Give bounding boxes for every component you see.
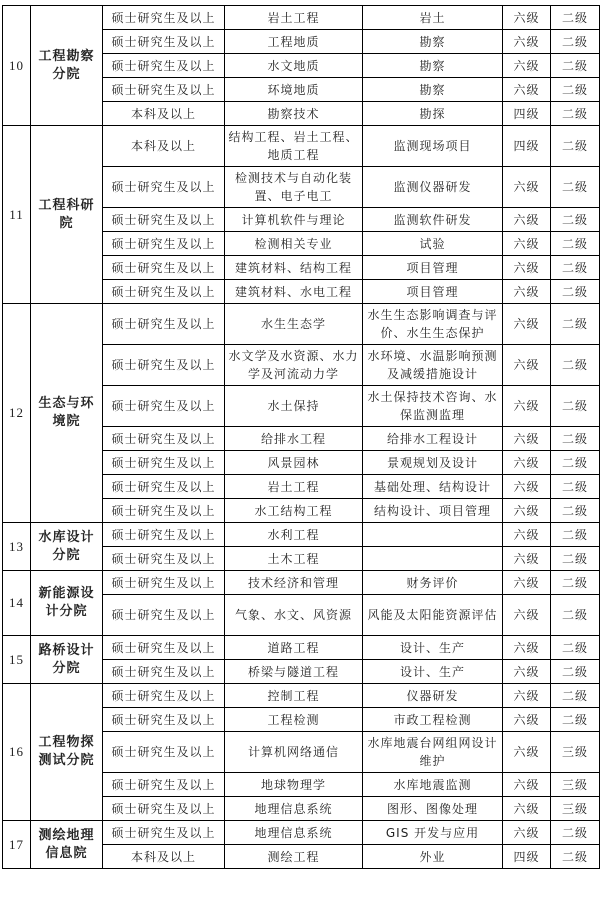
- english-level-cell: 六级: [503, 636, 551, 660]
- computer-level-cell: 二级: [551, 684, 600, 708]
- table-row: 14新能源设计分院硕士研究生及以上技术经济和管理财务评价六级二级: [3, 571, 600, 595]
- major-cell: 计算机网络通信: [225, 732, 363, 773]
- major-cell: 气象、水文、风资源: [225, 595, 363, 636]
- computer-level-cell: 二级: [551, 30, 600, 54]
- position-cell: 项目管理: [363, 256, 503, 280]
- group-number-cell: 10: [3, 6, 31, 126]
- education-cell: 硕士研究生及以上: [103, 54, 225, 78]
- english-level-cell: 六级: [503, 386, 551, 427]
- education-cell: 硕士研究生及以上: [103, 208, 225, 232]
- english-level-cell: 六级: [503, 304, 551, 345]
- major-cell: 地理信息系统: [225, 821, 363, 845]
- english-level-cell: 六级: [503, 571, 551, 595]
- group-number-cell: 11: [3, 126, 31, 304]
- education-cell: 硕士研究生及以上: [103, 684, 225, 708]
- education-cell: 硕士研究生及以上: [103, 30, 225, 54]
- education-cell: 硕士研究生及以上: [103, 232, 225, 256]
- department-cell: 路桥设计分院: [31, 636, 103, 684]
- position-cell: 图形、图像处理: [363, 797, 503, 821]
- education-cell: 硕士研究生及以上: [103, 773, 225, 797]
- english-level-cell: 六级: [503, 523, 551, 547]
- computer-level-cell: 二级: [551, 523, 600, 547]
- computer-level-cell: 二级: [551, 54, 600, 78]
- english-level-cell: 六级: [503, 773, 551, 797]
- education-cell: 硕士研究生及以上: [103, 636, 225, 660]
- computer-level-cell: 二级: [551, 708, 600, 732]
- position-cell: 设计、生产: [363, 636, 503, 660]
- computer-level-cell: 二级: [551, 571, 600, 595]
- position-cell: 水库地震监测: [363, 773, 503, 797]
- table-body: 10工程勘察分院硕士研究生及以上岩土工程岩土六级二级硕士研究生及以上工程地质勘察…: [3, 6, 600, 869]
- group-number-cell: 14: [3, 571, 31, 636]
- computer-level-cell: 二级: [551, 660, 600, 684]
- computer-level-cell: 二级: [551, 102, 600, 126]
- computer-level-cell: 二级: [551, 499, 600, 523]
- english-level-cell: 六级: [503, 595, 551, 636]
- table-row: 16工程物探测试分院硕士研究生及以上控制工程仪器研发六级二级: [3, 684, 600, 708]
- position-cell: [363, 523, 503, 547]
- english-level-cell: 六级: [503, 708, 551, 732]
- position-cell: 监测软件研发: [363, 208, 503, 232]
- group-number-cell: 12: [3, 304, 31, 523]
- major-cell: 水生生态学: [225, 304, 363, 345]
- table-row: 13水库设计分院硕士研究生及以上水利工程六级二级: [3, 523, 600, 547]
- major-cell: 检测相关专业: [225, 232, 363, 256]
- department-cell: 生态与环境院: [31, 304, 103, 523]
- education-cell: 硕士研究生及以上: [103, 167, 225, 208]
- major-cell: 水土保持: [225, 386, 363, 427]
- major-cell: 控制工程: [225, 684, 363, 708]
- education-cell: 硕士研究生及以上: [103, 345, 225, 386]
- education-cell: 本科及以上: [103, 102, 225, 126]
- education-cell: 硕士研究生及以上: [103, 732, 225, 773]
- major-cell: 岩土工程: [225, 475, 363, 499]
- english-level-cell: 四级: [503, 102, 551, 126]
- education-cell: 本科及以上: [103, 845, 225, 869]
- computer-level-cell: 二级: [551, 636, 600, 660]
- position-cell: [363, 547, 503, 571]
- english-level-cell: 六级: [503, 6, 551, 30]
- english-level-cell: 四级: [503, 126, 551, 167]
- computer-level-cell: 二级: [551, 595, 600, 636]
- position-cell: 给排水工程设计: [363, 427, 503, 451]
- position-cell: 勘察: [363, 54, 503, 78]
- computer-level-cell: 二级: [551, 547, 600, 571]
- department-cell: 工程科研院: [31, 126, 103, 304]
- position-cell: 基础处理、结构设计: [363, 475, 503, 499]
- position-cell: 景观规划及设计: [363, 451, 503, 475]
- department-cell: 测绘地理信息院: [31, 821, 103, 869]
- english-level-cell: 六级: [503, 475, 551, 499]
- english-level-cell: 六级: [503, 660, 551, 684]
- major-cell: 测绘工程: [225, 845, 363, 869]
- education-cell: 硕士研究生及以上: [103, 708, 225, 732]
- computer-level-cell: 二级: [551, 345, 600, 386]
- education-cell: 硕士研究生及以上: [103, 499, 225, 523]
- position-cell: 市政工程检测: [363, 708, 503, 732]
- education-cell: 硕士研究生及以上: [103, 304, 225, 345]
- english-level-cell: 四级: [503, 845, 551, 869]
- computer-level-cell: 二级: [551, 232, 600, 256]
- position-cell: 财务评价: [363, 571, 503, 595]
- english-level-cell: 六级: [503, 451, 551, 475]
- english-level-cell: 六级: [503, 797, 551, 821]
- english-level-cell: 六级: [503, 30, 551, 54]
- computer-level-cell: 二级: [551, 126, 600, 167]
- major-cell: 技术经济和管理: [225, 571, 363, 595]
- education-cell: 硕士研究生及以上: [103, 451, 225, 475]
- major-cell: 土木工程: [225, 547, 363, 571]
- group-number-cell: 16: [3, 684, 31, 821]
- computer-level-cell: 二级: [551, 256, 600, 280]
- group-number-cell: 17: [3, 821, 31, 869]
- position-cell: 试验: [363, 232, 503, 256]
- education-cell: 硕士研究生及以上: [103, 427, 225, 451]
- english-level-cell: 六级: [503, 427, 551, 451]
- department-cell: 工程勘察分院: [31, 6, 103, 126]
- major-cell: 水利工程: [225, 523, 363, 547]
- recruitment-table: 10工程勘察分院硕士研究生及以上岩土工程岩土六级二级硕士研究生及以上工程地质勘察…: [2, 5, 600, 869]
- english-level-cell: 六级: [503, 232, 551, 256]
- major-cell: 岩土工程: [225, 6, 363, 30]
- position-cell: 仪器研发: [363, 684, 503, 708]
- computer-level-cell: 三级: [551, 732, 600, 773]
- english-level-cell: 六级: [503, 78, 551, 102]
- major-cell: 环境地质: [225, 78, 363, 102]
- position-cell: 勘探: [363, 102, 503, 126]
- major-cell: 给排水工程: [225, 427, 363, 451]
- education-cell: 硕士研究生及以上: [103, 386, 225, 427]
- computer-level-cell: 二级: [551, 304, 600, 345]
- position-cell: 项目管理: [363, 280, 503, 304]
- education-cell: 硕士研究生及以上: [103, 6, 225, 30]
- major-cell: 地球物理学: [225, 773, 363, 797]
- major-cell: 计算机软件与理论: [225, 208, 363, 232]
- department-cell: 水库设计分院: [31, 523, 103, 571]
- table-row: 11工程科研院本科及以上结构工程、岩土工程、地质工程监测现场项目四级二级: [3, 126, 600, 167]
- computer-level-cell: 二级: [551, 427, 600, 451]
- major-cell: 地理信息系统: [225, 797, 363, 821]
- major-cell: 勘察技术: [225, 102, 363, 126]
- english-level-cell: 六级: [503, 821, 551, 845]
- table-row: 12生态与环境院硕士研究生及以上水生生态学水生生态影响调查与评价、水生生态保护六…: [3, 304, 600, 345]
- english-level-cell: 六级: [503, 208, 551, 232]
- education-cell: 硕士研究生及以上: [103, 78, 225, 102]
- position-cell: 水土保持技术咨询、水保监测监理: [363, 386, 503, 427]
- english-level-cell: 六级: [503, 345, 551, 386]
- education-cell: 本科及以上: [103, 126, 225, 167]
- computer-level-cell: 三级: [551, 773, 600, 797]
- education-cell: 硕士研究生及以上: [103, 256, 225, 280]
- table-row: 10工程勘察分院硕士研究生及以上岩土工程岩土六级二级: [3, 6, 600, 30]
- major-cell: 工程检测: [225, 708, 363, 732]
- major-cell: 检测技术与自动化装置、电子电工: [225, 167, 363, 208]
- computer-level-cell: 二级: [551, 208, 600, 232]
- education-cell: 硕士研究生及以上: [103, 523, 225, 547]
- position-cell: 勘察: [363, 30, 503, 54]
- education-cell: 硕士研究生及以上: [103, 797, 225, 821]
- major-cell: 水工结构工程: [225, 499, 363, 523]
- computer-level-cell: 二级: [551, 451, 600, 475]
- position-cell: 水生生态影响调查与评价、水生生态保护: [363, 304, 503, 345]
- education-cell: 硕士研究生及以上: [103, 475, 225, 499]
- major-cell: 建筑材料、结构工程: [225, 256, 363, 280]
- computer-level-cell: 二级: [551, 6, 600, 30]
- position-cell: 水库地震台网组网设计维护: [363, 732, 503, 773]
- position-cell: 风能及太阳能资源评估: [363, 595, 503, 636]
- major-cell: 工程地质: [225, 30, 363, 54]
- department-cell: 新能源设计分院: [31, 571, 103, 636]
- english-level-cell: 六级: [503, 280, 551, 304]
- english-level-cell: 六级: [503, 256, 551, 280]
- table-row: 17测绘地理信息院硕士研究生及以上地理信息系统GIS 开发与应用六级二级: [3, 821, 600, 845]
- major-cell: 建筑材料、水电工程: [225, 280, 363, 304]
- group-number-cell: 13: [3, 523, 31, 571]
- computer-level-cell: 三级: [551, 797, 600, 821]
- position-cell: 监测仪器研发: [363, 167, 503, 208]
- position-cell: 结构设计、项目管理: [363, 499, 503, 523]
- department-cell: 工程物探测试分院: [31, 684, 103, 821]
- major-cell: 水文地质: [225, 54, 363, 78]
- education-cell: 硕士研究生及以上: [103, 547, 225, 571]
- computer-level-cell: 二级: [551, 78, 600, 102]
- position-cell: 外业: [363, 845, 503, 869]
- education-cell: 硕士研究生及以上: [103, 571, 225, 595]
- major-cell: 道路工程: [225, 636, 363, 660]
- group-number-cell: 15: [3, 636, 31, 684]
- position-cell: 岩土: [363, 6, 503, 30]
- computer-level-cell: 二级: [551, 167, 600, 208]
- position-cell: GIS 开发与应用: [363, 821, 503, 845]
- major-cell: 桥梁与隧道工程: [225, 660, 363, 684]
- computer-level-cell: 二级: [551, 821, 600, 845]
- education-cell: 硕士研究生及以上: [103, 821, 225, 845]
- education-cell: 硕士研究生及以上: [103, 280, 225, 304]
- english-level-cell: 六级: [503, 167, 551, 208]
- table-row: 15路桥设计分院硕士研究生及以上道路工程设计、生产六级二级: [3, 636, 600, 660]
- major-cell: 结构工程、岩土工程、地质工程: [225, 126, 363, 167]
- english-level-cell: 六级: [503, 732, 551, 773]
- computer-level-cell: 二级: [551, 280, 600, 304]
- computer-level-cell: 二级: [551, 845, 600, 869]
- position-cell: 水环境、水温影响预测及减缓措施设计: [363, 345, 503, 386]
- education-cell: 硕士研究生及以上: [103, 595, 225, 636]
- computer-level-cell: 二级: [551, 386, 600, 427]
- english-level-cell: 六级: [503, 547, 551, 571]
- major-cell: 水文学及水资源、水力学及河流动力学: [225, 345, 363, 386]
- position-cell: 设计、生产: [363, 660, 503, 684]
- english-level-cell: 六级: [503, 54, 551, 78]
- english-level-cell: 六级: [503, 684, 551, 708]
- position-cell: 监测现场项目: [363, 126, 503, 167]
- position-cell: 勘察: [363, 78, 503, 102]
- major-cell: 风景园林: [225, 451, 363, 475]
- english-level-cell: 六级: [503, 499, 551, 523]
- computer-level-cell: 二级: [551, 475, 600, 499]
- education-cell: 硕士研究生及以上: [103, 660, 225, 684]
